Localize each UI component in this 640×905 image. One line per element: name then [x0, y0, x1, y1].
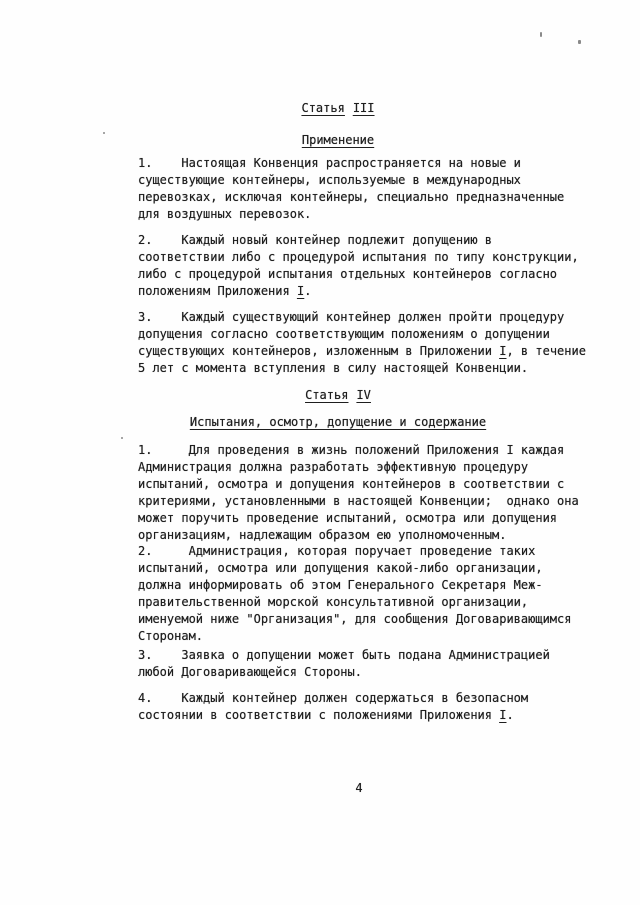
text-line: положениям Приложения I.	[138, 283, 588, 300]
article-heading-word: Статья	[301, 101, 344, 115]
text-line: любой Договаривающейся Стороны.	[138, 664, 588, 681]
article-subtitle-text: Испытания, осмотр, допущение и содержани…	[190, 415, 486, 429]
text-line: перевозках, исключая контейнеры, специал…	[138, 189, 588, 206]
paragraph-3-1: 1. Настоящая Конвенция распространяется …	[138, 155, 588, 223]
article-heading-numeral: III	[353, 101, 375, 115]
text-line: либо с процедурой испытания отдельных ко…	[138, 266, 588, 283]
article-subtitle-text: Применение	[302, 133, 374, 147]
paragraph-4-2: 2. Администрация, которая поручает прове…	[138, 543, 588, 645]
text-segment: правительственной морской консультативно…	[138, 595, 528, 609]
text-segment: Администрация должна разработать эффекти…	[138, 460, 528, 474]
text-segment: 5 лет с момента вступления в силу настоя…	[138, 361, 528, 375]
scanned-document-page: СтатьяIII Применение 1. Настоящая Конвен…	[0, 0, 640, 905]
scan-artifact	[578, 40, 581, 44]
text-segment: перевозках, исключая контейнеры, специал…	[138, 190, 564, 204]
text-segment: для воздушных перевозок.	[138, 207, 311, 221]
text-segment: 3. Каждый существующий контейнер должен …	[138, 310, 564, 324]
text-line: состоянии в соответствии с положениями П…	[138, 707, 588, 724]
text-segment: существующие контейнеры, используемые в …	[138, 173, 521, 187]
article-3-heading: СтатьяIII	[128, 100, 548, 117]
article-4-heading: СтатьяIV	[128, 387, 548, 404]
article-heading-numeral: IV	[356, 388, 370, 402]
text-segment: 2. Администрация, которая поручает прове…	[138, 544, 535, 558]
text-line: существующих контейнеров, изложенным в П…	[138, 343, 588, 360]
text-segment: критериями, установленными в настоящей К…	[138, 494, 579, 508]
paragraph-3-3: 3. Каждый существующий контейнер должен …	[138, 309, 588, 377]
text-segment: 1. Для проведения в жизнь положений Прил…	[138, 443, 564, 457]
text-segment: соответствии либо с процедурой испытания…	[138, 250, 579, 264]
text-segment: испытаний, осмотра или допущения какой-л…	[138, 561, 543, 575]
paragraph-4-1: 1. Для проведения в жизнь положений Прил…	[138, 442, 588, 544]
text-line: 4. Каждый контейнер должен содержаться в…	[138, 690, 588, 707]
text-segment: состоянии в соответствии с положениями П…	[138, 708, 499, 722]
scan-artifact	[540, 32, 542, 37]
text-line: испытаний, осмотра и допущения контейнер…	[138, 476, 588, 493]
text-segment: должна информировать об этом Генеральног…	[138, 578, 543, 592]
text-line: 3. Заявка о допущении может быть подана …	[138, 647, 588, 664]
scan-artifact	[103, 132, 105, 134]
text-line: должна информировать об этом Генеральног…	[138, 577, 588, 594]
text-line: правительственной морской консультативно…	[138, 594, 588, 611]
text-segment: существующих контейнеров, изложенным в П…	[138, 344, 499, 358]
text-line: 3. Каждый существующий контейнер должен …	[138, 309, 588, 326]
text-line: Сторонам.	[138, 628, 588, 645]
text-segment: .	[304, 284, 311, 298]
text-segment: Сторонам.	[138, 629, 203, 643]
text-line: 1. Для проведения в жизнь положений Прил…	[138, 442, 588, 459]
paragraph-4-3: 3. Заявка о допущении может быть подана …	[138, 647, 588, 681]
text-line: для воздушных перевозок.	[138, 206, 588, 223]
text-line: Администрация должна разработать эффекти…	[138, 459, 588, 476]
text-segment: организациям, надлежащим образом ею упол…	[138, 528, 506, 542]
article-3-subtitle: Применение	[128, 132, 548, 149]
text-segment: 2. Каждый новый контейнер подлежит допущ…	[138, 233, 492, 247]
article-heading-word: Статья	[305, 388, 348, 402]
text-line: испытаний, осмотра или допущения какой-л…	[138, 560, 588, 577]
text-segment: может поручить проведение испытаний, осм…	[138, 511, 557, 525]
text-line: соответствии либо с процедурой испытания…	[138, 249, 588, 266]
text-segment: 1. Настоящая Конвенция распространяется …	[138, 156, 521, 170]
article-4-subtitle: Испытания, осмотр, допущение и содержани…	[128, 414, 548, 431]
text-line: существующие контейнеры, используемые в …	[138, 172, 588, 189]
text-segment: либо с процедурой испытания отдельных ко…	[138, 267, 557, 281]
text-line: критериями, установленными в настоящей К…	[138, 493, 588, 510]
text-segment: .	[506, 708, 513, 722]
text-segment: 4. Каждый контейнер должен содержаться в…	[138, 691, 528, 705]
text-segment: любой Договаривающейся Стороны.	[138, 665, 362, 679]
paragraph-3-2: 2. Каждый новый контейнер подлежит допущ…	[138, 232, 588, 300]
text-line: допущения согласно соответствующим полож…	[138, 326, 588, 343]
text-segment: 3. Заявка о допущении может быть подана …	[138, 648, 550, 662]
text-line: 2. Каждый новый контейнер подлежит допущ…	[138, 232, 588, 249]
text-line: 5 лет с момента вступления в силу настоя…	[138, 360, 588, 377]
paragraph-4-4: 4. Каждый контейнер должен содержаться в…	[138, 690, 588, 724]
page-number: 4	[138, 780, 580, 797]
text-line: 1. Настоящая Конвенция распространяется …	[138, 155, 588, 172]
text-line: может поручить проведение испытаний, осм…	[138, 510, 588, 527]
text-line: 2. Администрация, которая поручает прове…	[138, 543, 588, 560]
text-segment: допущения согласно соответствующим полож…	[138, 327, 550, 341]
text-line: именуемой ниже "Организация", для сообще…	[138, 611, 588, 628]
scan-artifact	[121, 437, 123, 439]
text-segment: именуемой ниже "Организация", для сообще…	[138, 612, 571, 626]
text-segment: положениям Приложения	[138, 284, 297, 298]
text-segment: , в течение	[506, 344, 585, 358]
text-segment: испытаний, осмотра и допущения контейнер…	[138, 477, 564, 491]
text-line: организациям, надлежащим образом ею упол…	[138, 527, 588, 544]
